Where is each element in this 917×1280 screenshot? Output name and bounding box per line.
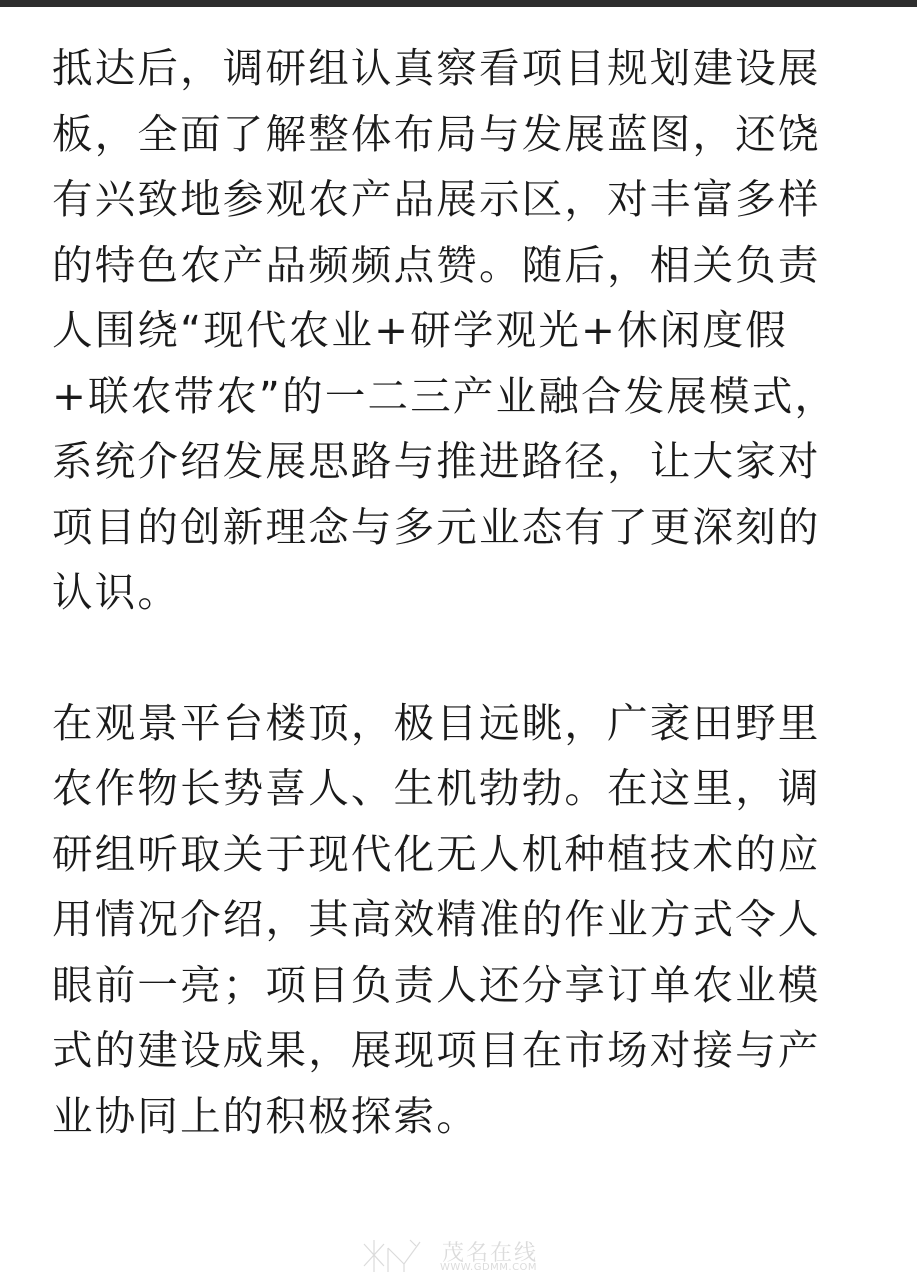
watermark: 茂名在线 WWW.GDMM.COM [360,1236,570,1276]
text-line: 的特色农产品频频点赞。随后，相关负责 [52,233,867,299]
text-line: 在观景平台楼顶，极目远眺，广袤田野里 [52,691,867,757]
text-line: 认识。 [52,560,867,626]
text-line: 研组听取关于现代化无人机种植技术的应 [52,822,867,888]
watermark-url: WWW.GDMM.COM [440,1262,537,1273]
text-line: 眼前一亮；项目负责人还分享订单农业模 [52,953,867,1019]
top-bar [0,0,917,7]
text-line: 农作物长势喜人、生机勃勃。在这里，调 [52,756,867,822]
text-line: 抵达后，调研组认真察看项目规划建设展 [52,36,867,102]
text-line: 业协同上的积极探索。 [52,1084,867,1150]
text-line: +联农带农”的一二三产业融合发展模式， [52,364,867,430]
paragraph-1: 抵达后，调研组认真察看项目规划建设展 板，全面了解整体布局与发展蓝图，还饶 有兴… [52,36,867,626]
watermark-logo-icon [360,1236,430,1276]
text-line: 系统介绍发展思路与推进路径，让大家对 [52,429,867,495]
text-line: 用情况介绍，其高效精准的作业方式令人 [52,887,867,953]
text-line: 人围绕“现代农业+研学观光+休闲度假 [52,298,867,364]
article-body: 抵达后，调研组认真察看项目规划建设展 板，全面了解整体布局与发展蓝图，还饶 有兴… [52,36,867,1149]
text-line: 板，全面了解整体布局与发展蓝图，还饶 [52,102,867,168]
text-line: 有兴致地参观农产品展示区，对丰富多样 [52,167,867,233]
paragraph-2: 在观景平台楼顶，极目远眺，广袤田野里 农作物长势喜人、生机勃勃。在这里，调 研组… [52,691,867,1150]
paragraph-spacer [52,626,867,691]
text-line: 式的建设成果，展现项目在市场对接与产 [52,1018,867,1084]
text-line: 项目的创新理念与多元业态有了更深刻的 [52,495,867,561]
